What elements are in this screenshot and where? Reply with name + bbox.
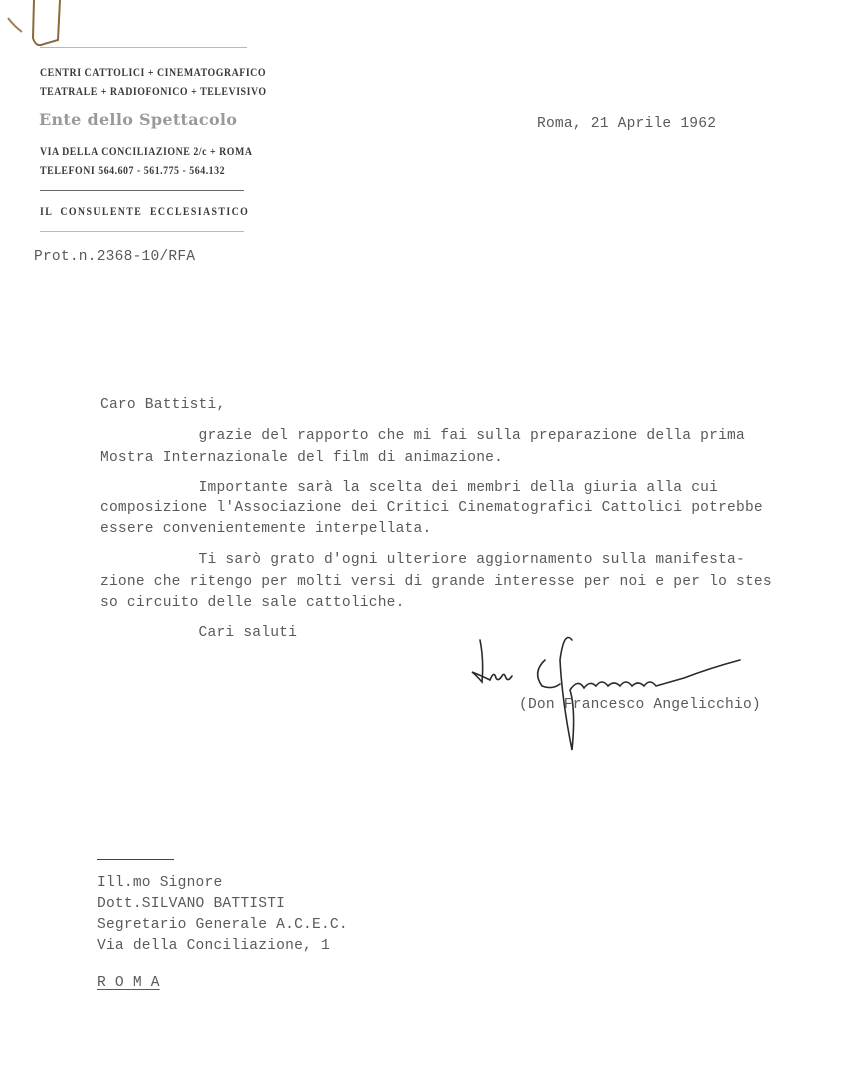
paragraph-1-line-2: Mostra Internazionale del film di animaz… xyxy=(100,450,503,466)
recipient-line-4: Via della Conciliazione, 1 xyxy=(97,938,330,954)
letterhead-office: IL CONSULENTE ECCLESIASTICO xyxy=(40,206,249,218)
recipient-line-2: Dott.SILVANO BATTISTI xyxy=(97,896,285,912)
date-line: Roma, 21 Aprile 1962 xyxy=(537,116,716,132)
letterhead-phones: TELEFONI 564.607 - 561.775 - 564.132 xyxy=(40,165,225,177)
signatory-name: (Don Francesco Angelicchio) xyxy=(519,697,761,713)
paragraph-3-line-3: so circuito delle sale cattoliche. xyxy=(100,595,405,611)
paperclip-stain-icon xyxy=(0,0,80,60)
recipient-rule xyxy=(97,859,174,860)
paragraph-1-line-1: grazie del rapporto che mi fai sulla pre… xyxy=(100,428,745,444)
letterhead-brand: Ente dello Spettacolo xyxy=(39,110,237,129)
closing: Cari saluti xyxy=(100,625,297,641)
handwritten-signature-icon xyxy=(460,620,760,760)
protocol-number: Prot.n.2368-10/RFA xyxy=(34,249,195,265)
letterhead-address: VIA DELLA CONCILIAZIONE 2/c + ROMA xyxy=(40,146,252,158)
recipient-line-1: Ill.mo Signore xyxy=(97,875,222,891)
letterhead-mid-rule xyxy=(40,190,244,191)
letterhead-top-rule xyxy=(40,47,247,48)
letterhead-bottom-rule xyxy=(40,231,244,232)
paragraph-2-line-2: composizione l'Associazione dei Critici … xyxy=(100,500,763,516)
recipient-line-3: Segretario Generale A.C.E.C. xyxy=(97,917,348,933)
salutation: Caro Battisti, xyxy=(100,397,225,413)
paragraph-3-line-1: Ti sarò grato d'ogni ulteriore aggiornam… xyxy=(100,552,745,568)
recipient-city: R O M A xyxy=(97,975,160,991)
letterhead-line-1: CENTRI CATTOLICI + CINEMATOGRAFICO xyxy=(40,67,266,79)
paragraph-3-line-2: zione che ritengo per molti versi di gra… xyxy=(100,574,772,590)
paragraph-2-line-1: Importante sarà la scelta dei membri del… xyxy=(100,480,718,496)
paragraph-2-line-3: essere convenientemente interpellata. xyxy=(100,521,431,537)
letterhead-line-2: TEATRALE + RADIOFONICO + TELEVISIVO xyxy=(40,86,267,98)
